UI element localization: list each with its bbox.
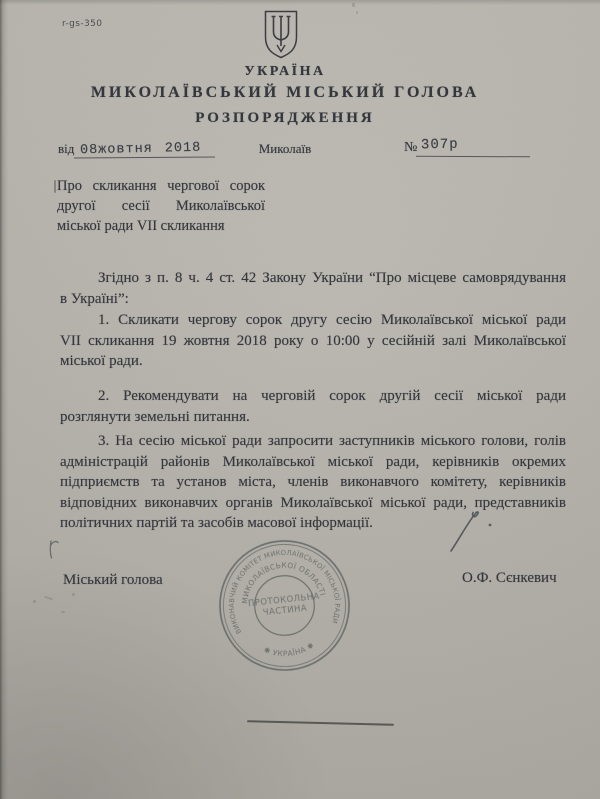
date-label: від bbox=[58, 141, 74, 157]
pencil-mark bbox=[72, 593, 75, 596]
pencil-mark bbox=[61, 611, 65, 613]
body-line: міської ради. bbox=[60, 351, 566, 372]
stamp-ring-bottom-text: ✱ УКРАЇНА ✱ bbox=[262, 640, 317, 661]
order-item-1: 1. Скликати чергову сорок другу сесію Ми… bbox=[60, 310, 566, 372]
coat-of-arms-trident-icon bbox=[263, 10, 299, 60]
form-code: r-gs-350 bbox=[62, 19, 102, 29]
body-line: VII скликання 19 жовтня 2018 року о 10:0… bbox=[60, 331, 566, 352]
number-value: 307р bbox=[421, 137, 459, 154]
pen-mark bbox=[46, 538, 62, 562]
order-item-2: 2. Рекомендувати на черговій сорок другі… bbox=[60, 386, 566, 427]
subject-line: міської ради VII скликання bbox=[57, 217, 265, 237]
body-line: підприємств та установ міста, членів вик… bbox=[60, 472, 566, 493]
city-name: Миколаїв bbox=[240, 141, 330, 157]
body-line: 3. На сесію міської ради запросити засту… bbox=[60, 431, 566, 452]
body-line: 2. Рекомендувати на черговій сорок другі… bbox=[60, 386, 566, 407]
issuing-authority: МИКОЛАЇВСЬКИЙ МІСЬКИЙ ГОЛОВА bbox=[0, 84, 570, 102]
document-type-title: РОЗПОРЯДЖЕННЯ bbox=[0, 110, 570, 127]
date-year: 2018 bbox=[165, 141, 202, 157]
country-name: УКРАЇНА bbox=[0, 64, 570, 80]
svg-text:✱ УКРАЇНА ✱: ✱ УКРАЇНА ✱ bbox=[262, 640, 317, 661]
pen-tick-mark bbox=[54, 180, 56, 193]
paper-speck bbox=[352, 3, 355, 7]
paper-speck bbox=[356, 11, 358, 14]
date-day-month: 08жовтня bbox=[80, 142, 153, 159]
pencil-mark bbox=[33, 600, 36, 603]
signature-position-title: Міський голова bbox=[63, 572, 163, 589]
subject-line: Про скликання чергової сорок bbox=[57, 177, 265, 197]
number-label: № bbox=[404, 140, 417, 156]
body-line: адміністрацій районів Миколаївської місь… bbox=[60, 452, 566, 473]
subject-paragraph: Про скликання чергової сорок другої сесі… bbox=[57, 177, 265, 236]
date-value: 08жовтня 2018 bbox=[80, 138, 202, 159]
body-line: розглянути земельні питання. bbox=[60, 407, 566, 428]
body-line: Згідно з п. 8 ч. 4 ст. 42 Закону України… bbox=[60, 268, 566, 289]
subject-line: другої сесії Миколаївської bbox=[57, 197, 265, 217]
official-stamp: ВИКОНАВЧИЙ КОМІТЕТ МИКОЛАЇВСЬКОЇ МІСЬКОЇ… bbox=[210, 531, 358, 679]
body-line: в Україні”: bbox=[60, 289, 566, 310]
handwritten-signature bbox=[444, 504, 500, 556]
body-line: 1. Скликати чергову сорок другу сесію Ми… bbox=[60, 310, 566, 331]
signatory-name: О.Ф. Сєнкевич bbox=[462, 570, 557, 587]
intro-paragraph: Згідно з п. 8 ч. 4 ст. 42 Закону України… bbox=[60, 268, 566, 309]
